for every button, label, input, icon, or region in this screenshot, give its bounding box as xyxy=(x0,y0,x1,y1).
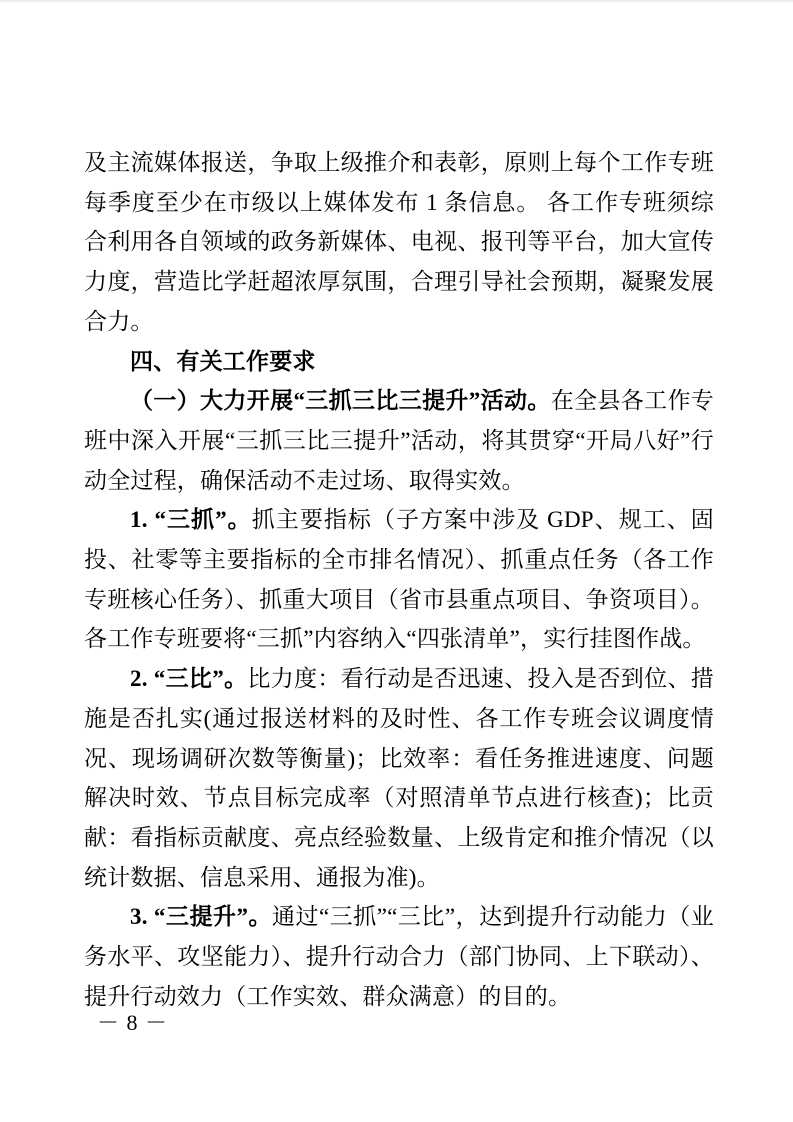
subsection-1-lead: （一）大力开展“三抓三比三提升”活动。 xyxy=(130,388,551,413)
paragraph-continuation: 及主流媒体报送，争取上级推介和表彰，原则上每个工作专班每季度至少在市级以上媒体发… xyxy=(84,143,714,342)
subsection-3-lead: 2. “三比”。 xyxy=(130,666,247,691)
document-page: 及主流媒体报送，争取上级推介和表彰，原则上每个工作专班每季度至少在市级以上媒体发… xyxy=(0,0,793,1122)
paragraph-subsection-3: 2. “三比”。比力度：看行动是否迅速、投入是否到位、措施是否扎实(通过报送材料… xyxy=(84,659,714,897)
page-number: － 8 － xyxy=(97,1009,168,1037)
paragraph-subsection-1: （一）大力开展“三抓三比三提升”活动。在全县各工作专班中深入开展“三抓三比三提升… xyxy=(84,381,714,500)
section-heading: 四、有关工作要求 xyxy=(84,342,714,382)
paragraph-subsection-2: 1. “三抓”。抓主要指标（子方案中涉及 GDP、规工、固投、社零等主要指标的全… xyxy=(84,500,714,659)
document-content: 及主流媒体报送，争取上级推介和表彰，原则上每个工作专班每季度至少在市级以上媒体发… xyxy=(84,143,714,1016)
subsection-2-lead: 1. “三抓”。 xyxy=(130,507,252,532)
subsection-3-text: 比力度：看行动是否迅速、投入是否到位、措施是否扎实(通过报送材料的及时性、各工作… xyxy=(84,666,714,890)
subsection-4-lead: 3. “三提升”。 xyxy=(130,904,272,929)
paragraph-subsection-4: 3. “三提升”。通过“三抓”“三比”，达到提升行动能力（业务水平、攻坚能力）、… xyxy=(84,897,714,1016)
